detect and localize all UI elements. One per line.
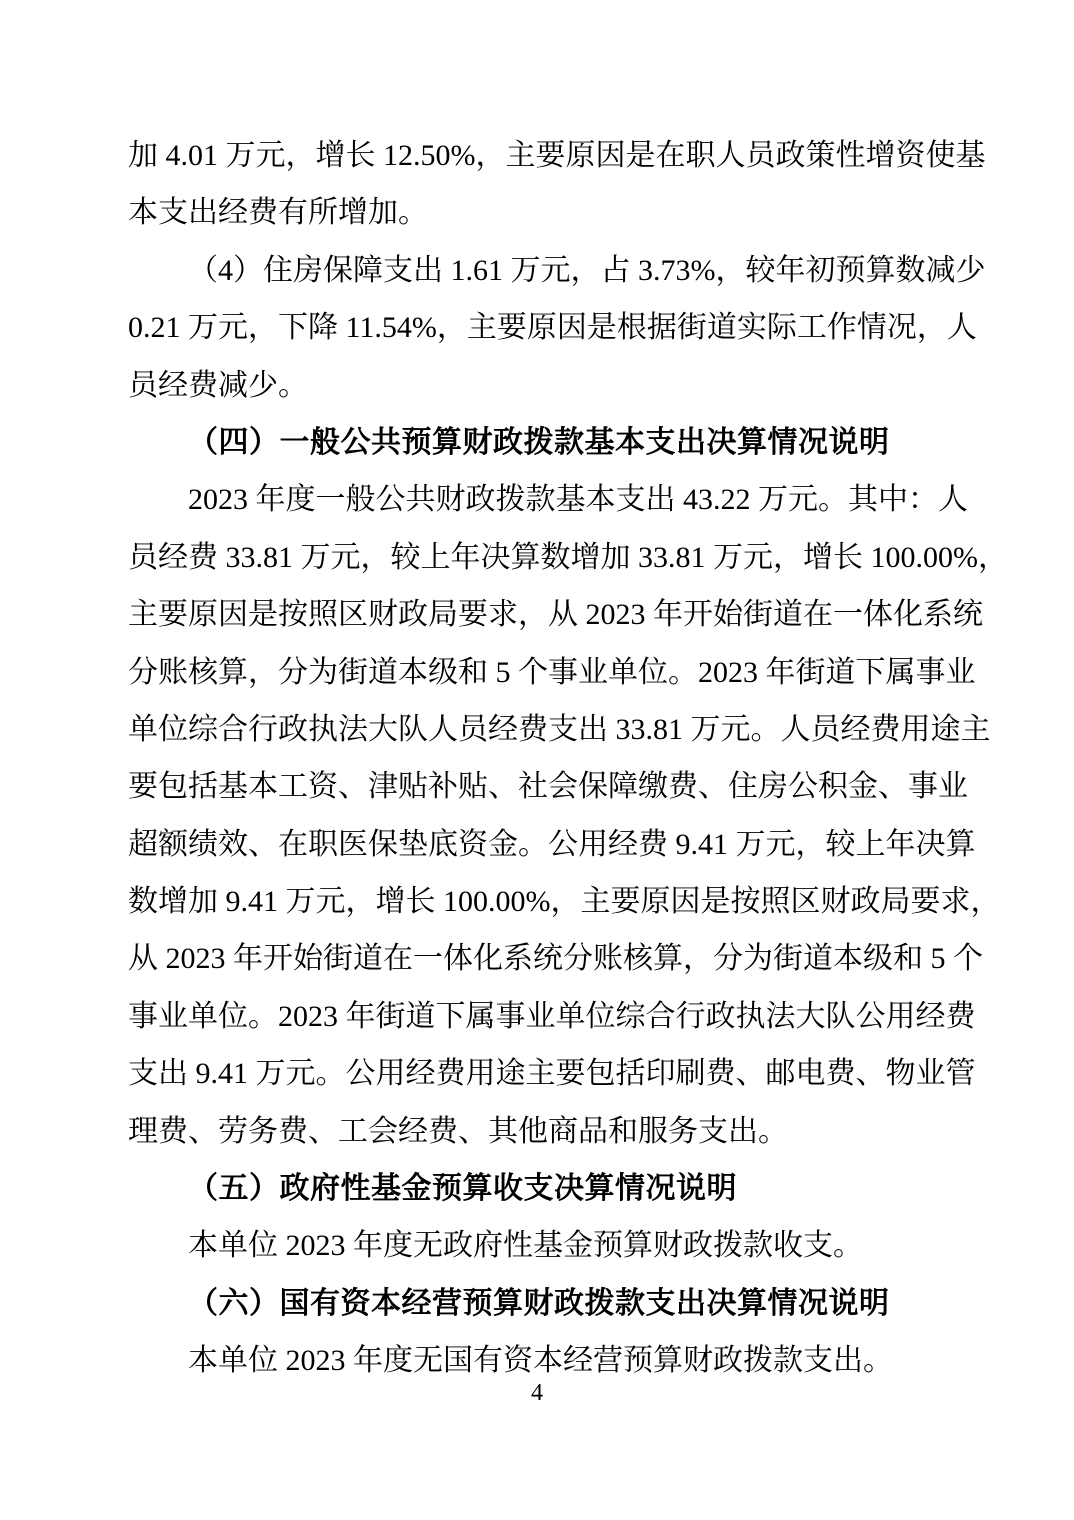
section-heading-five: （五）政府性基金预算收支决算情况说明 [128,1160,946,1217]
body-line: 员经费减少。 [128,357,946,414]
body-line: 单位综合行政执法大队人员经费支出 33.81 万元。人员经费用途主 [128,701,946,758]
body-line: （4）住房保障支出 1.61 万元，占 3.73%，较年初预算数减少 [128,242,946,299]
body-line: 理费、劳务费、工会经费、其他商品和服务支出。 [128,1103,946,1160]
body-line: 加 4.01 万元，增长 12.50%，主要原因是在职人员政策性增资使基 [128,127,946,184]
page-number: 4 [0,1378,1074,1408]
body-line: 本单位 2023 年度无政府性基金预算财政拨款收支。 [128,1217,946,1274]
section-heading-six: （六）国有资本经营预算财政拨款支出决算情况说明 [128,1275,946,1332]
section-heading-four: （四）一般公共预算财政拨款基本支出决算情况说明 [128,414,946,471]
body-line: 员经费 33.81 万元，较上年决算数增加 33.81 万元，增长 100.00… [128,529,946,586]
body-line: 本支出经费有所增加。 [128,184,946,241]
body-line: 分账核算，分为街道本级和 5 个事业单位。2023 年街道下属事业 [128,644,946,701]
document-page: 加 4.01 万元，增长 12.50%，主要原因是在职人员政策性增资使基 本支出… [0,0,1074,1520]
body-line: 事业单位。2023 年街道下属事业单位综合行政执法大队公用经费 [128,988,946,1045]
document-body: 加 4.01 万元，增长 12.50%，主要原因是在职人员政策性增资使基 本支出… [128,127,946,1390]
body-line: 支出 9.41 万元。公用经费用途主要包括印刷费、邮电费、物业管 [128,1045,946,1102]
body-line: 0.21 万元，下降 11.54%，主要原因是根据街道实际工作情况，人 [128,299,946,356]
body-line: 2023 年度一般公共财政拨款基本支出 43.22 万元。其中：人 [128,471,946,528]
body-line: 从 2023 年开始街道在一体化系统分账核算，分为街道本级和 5 个 [128,930,946,987]
body-line: 数增加 9.41 万元，增长 100.00%，主要原因是按照区财政局要求， [128,873,946,930]
body-line: 主要原因是按照区财政局要求，从 2023 年开始街道在一体化系统 [128,586,946,643]
body-line: 超额绩效、在职医保垫底资金。公用经费 9.41 万元，较上年决算 [128,816,946,873]
body-line: 要包括基本工资、津贴补贴、社会保障缴费、住房公积金、事业 [128,758,946,815]
